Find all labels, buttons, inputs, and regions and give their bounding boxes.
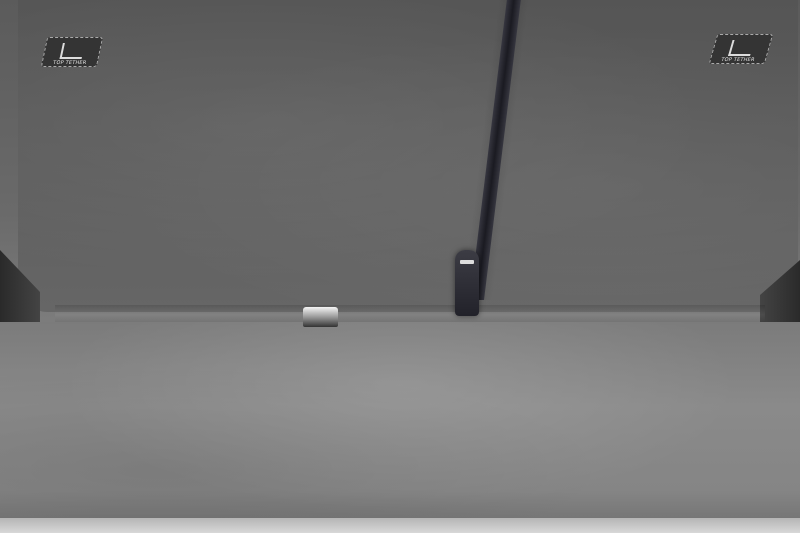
trunk-sill [0,518,800,533]
top-tether-badge-left: TOP TETHER [41,37,103,67]
child-seat-anchor-icon [728,40,755,56]
top-tether-badge-right: TOP TETHER [709,34,774,64]
rear-seatback [18,0,798,312]
trunk-photo: TOP TETHER TOP TETHER [0,0,800,533]
pull-strap-tab[interactable] [303,307,338,327]
top-tether-label: TOP TETHER [720,57,755,63]
top-tether-label: TOP TETHER [52,60,87,66]
seat-latch[interactable] [455,250,479,316]
child-seat-anchor-icon [60,43,85,59]
trunk-floor [0,322,800,533]
